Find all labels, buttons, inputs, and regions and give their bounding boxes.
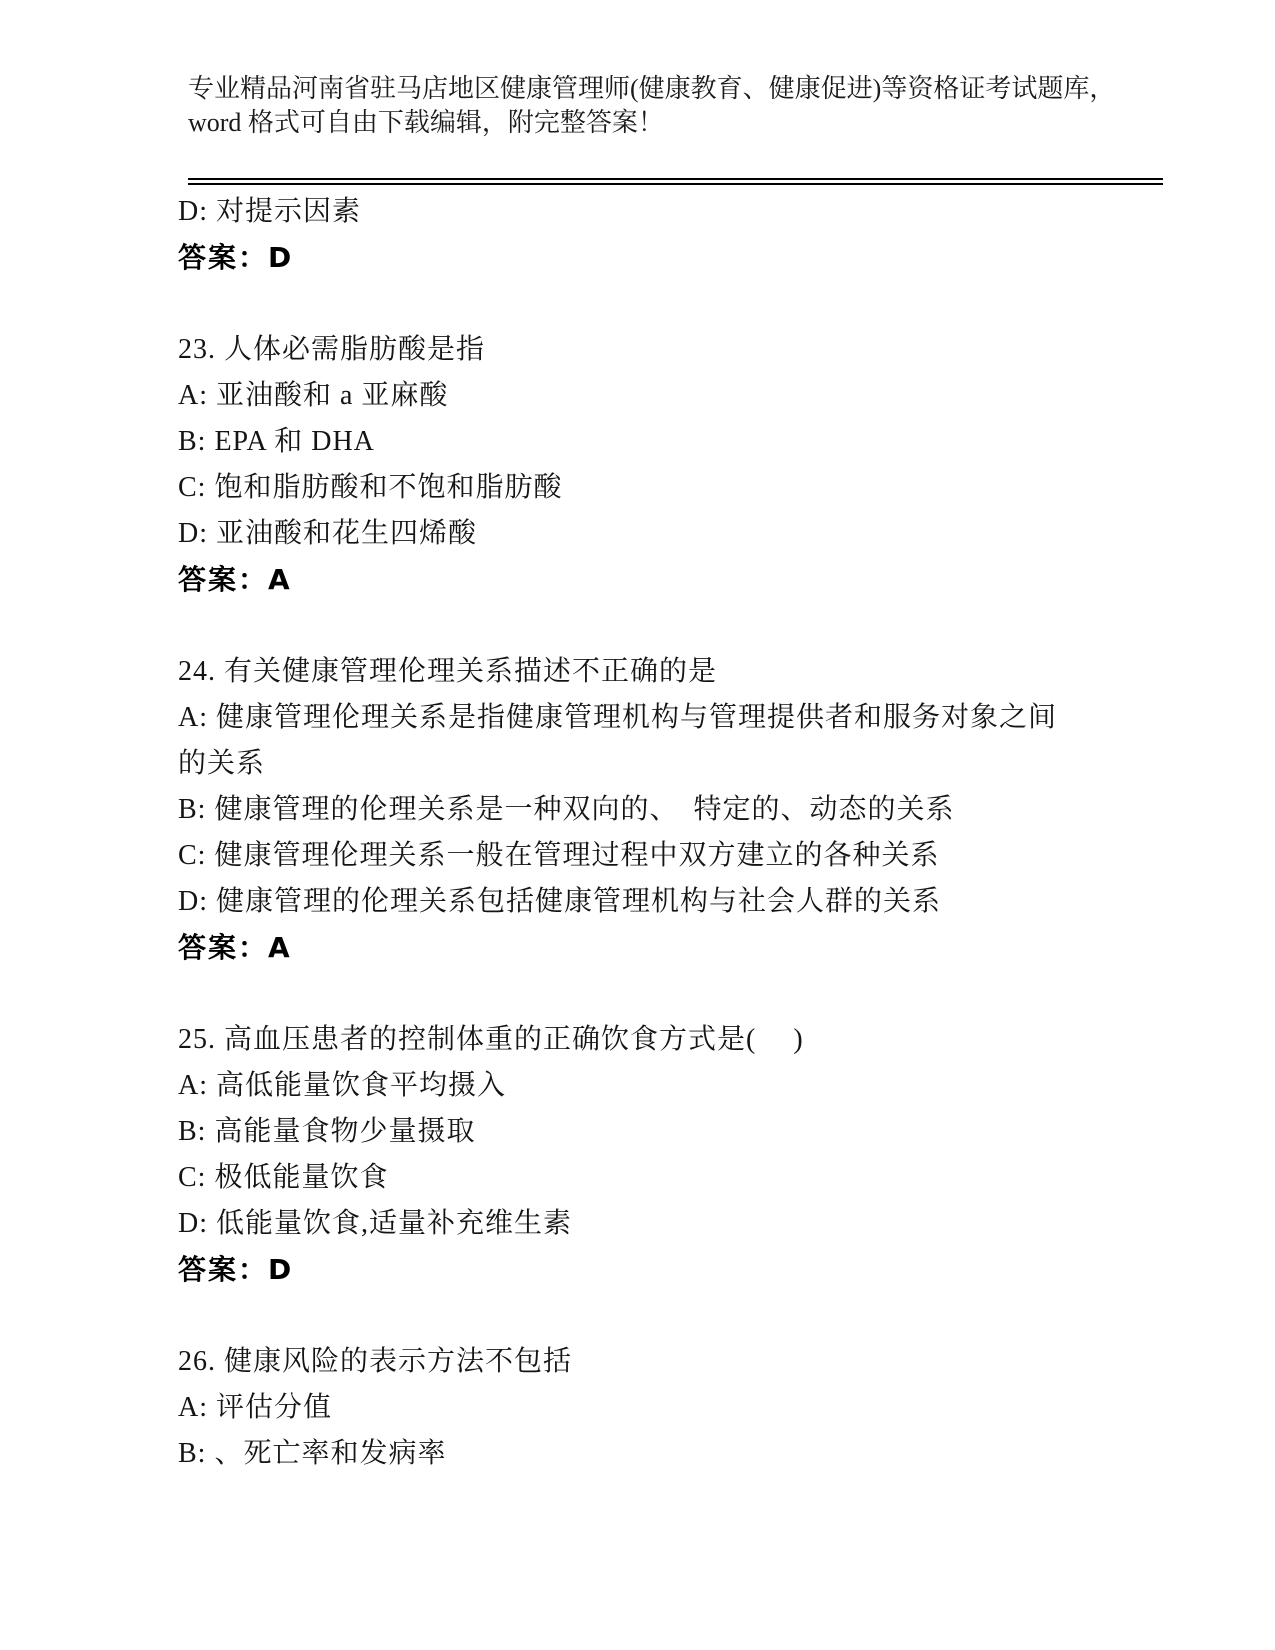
answer-text: 答案：D bbox=[178, 1247, 1175, 1293]
option-text: D: 低能量饮食,适量补充维生素 bbox=[178, 1201, 1175, 1247]
option-text: A: 评估分值 bbox=[178, 1385, 1175, 1431]
question-text: 25. 高血压患者的控制体重的正确饮食方式是( ) bbox=[178, 1017, 1175, 1063]
option-text: B: 、死亡率和发病率 bbox=[178, 1431, 1175, 1477]
option-text-wrap: 的关系 bbox=[178, 741, 1175, 787]
document-page: 专业精品河南省驻马店地区健康管理师(健康教育、健康促进)等资格证考试题库， wo… bbox=[0, 0, 1275, 1650]
option-text: D: 对提示因素 bbox=[178, 189, 1175, 235]
option-text: B: 健康管理的伦理关系是一种双向的、 特定的、动态的关系 bbox=[178, 787, 1175, 833]
header-line-1: 专业精品河南省驻马店地区健康管理师(健康教育、健康促进)等资格证考试题库， bbox=[188, 72, 1175, 106]
question-22-tail: D: 对提示因素答案：D bbox=[178, 189, 1175, 281]
question-26: 26. 健康风险的表示方法不包括A: 评估分值B: 、死亡率和发病率 bbox=[178, 1339, 1175, 1477]
page-header: 专业精品河南省驻马店地区健康管理师(健康教育、健康促进)等资格证考试题库， wo… bbox=[188, 72, 1175, 140]
question-23: 23. 人体必需脂肪酸是指A: 亚油酸和 a 亚麻酸B: EPA 和 DHAC:… bbox=[178, 327, 1175, 603]
option-text: C: 饱和脂肪酸和不饱和脂肪酸 bbox=[178, 465, 1175, 511]
question-25: 25. 高血压患者的控制体重的正确饮食方式是( )A: 高低能量饮食平均摄入B:… bbox=[178, 1017, 1175, 1293]
document-body: D: 对提示因素答案：D23. 人体必需脂肪酸是指A: 亚油酸和 a 亚麻酸B:… bbox=[178, 189, 1175, 1477]
option-text: D: 健康管理的伦理关系包括健康管理机构与社会人群的关系 bbox=[178, 879, 1175, 925]
answer-text: 答案：D bbox=[178, 235, 1175, 281]
option-text: A: 高低能量饮食平均摄入 bbox=[178, 1063, 1175, 1109]
option-text: B: EPA 和 DHA bbox=[178, 419, 1175, 465]
option-text: B: 高能量食物少量摄取 bbox=[178, 1109, 1175, 1155]
question-text: 24. 有关健康管理伦理关系描述不正确的是 bbox=[178, 649, 1175, 695]
option-text: C: 健康管理伦理关系一般在管理过程中双方建立的各种关系 bbox=[178, 833, 1175, 879]
option-text: A: 健康管理伦理关系是指健康管理机构与管理提供者和服务对象之间 bbox=[178, 695, 1175, 741]
answer-text: 答案：A bbox=[178, 557, 1175, 603]
question-text: 23. 人体必需脂肪酸是指 bbox=[178, 327, 1175, 373]
question-24: 24. 有关健康管理伦理关系描述不正确的是A: 健康管理伦理关系是指健康管理机构… bbox=[178, 649, 1175, 971]
option-text: C: 极低能量饮食 bbox=[178, 1155, 1175, 1201]
header-line-2: word 格式可自由下载编辑，附完整答案！ bbox=[188, 106, 1175, 140]
header-divider-rule bbox=[188, 178, 1163, 185]
question-text: 26. 健康风险的表示方法不包括 bbox=[178, 1339, 1175, 1385]
answer-text: 答案：A bbox=[178, 925, 1175, 971]
option-text: A: 亚油酸和 a 亚麻酸 bbox=[178, 373, 1175, 419]
option-text: D: 亚油酸和花生四烯酸 bbox=[178, 511, 1175, 557]
